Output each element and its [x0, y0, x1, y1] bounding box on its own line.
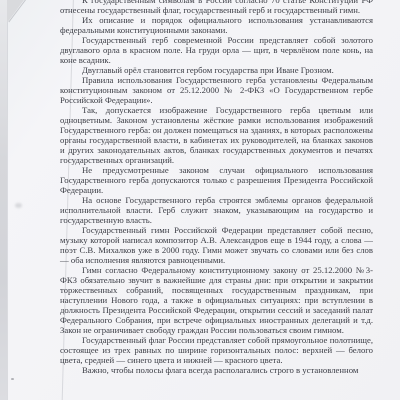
paragraph-symbols-intro: К государственным символам в России согл… — [60, 0, 373, 15]
paragraph-flag-order: Важно, чтобы полосы флага всегда распола… — [60, 365, 373, 375]
scan-speck — [11, 378, 14, 380]
paragraph-description-laws: Их описание и порядок официального испол… — [60, 15, 373, 35]
paragraph-anthem-law: Гимн согласно Федеральному конституционн… — [60, 265, 373, 335]
paper-left-edge — [7, 0, 8, 400]
paragraph-president-permission: Не предусмотренные законом случаи официа… — [60, 165, 373, 195]
paragraph-flag: Государственный флаг России представляет… — [60, 335, 373, 365]
scan-smudge — [15, 203, 22, 208]
paragraph-usage-restrictions: Так, допускается изображение Государстве… — [60, 105, 373, 165]
document-text-block: К государственным символам в России согл… — [60, 0, 373, 375]
paragraph-emblems: На основе Государственного герба строятс… — [60, 195, 373, 225]
paragraph-rules-law: Правила использования Государственного г… — [60, 75, 373, 105]
paragraph-coat-of-arms: Государственный герб современной России … — [60, 35, 373, 65]
paragraph-double-eagle: Двуглавый орёл становится гербом государ… — [60, 65, 373, 75]
paragraph-anthem: Государственный гимн Российской Федераци… — [60, 225, 373, 265]
scanned-document-screenshot: { "page": { "kind": "scanned-text-page",… — [0, 0, 400, 400]
